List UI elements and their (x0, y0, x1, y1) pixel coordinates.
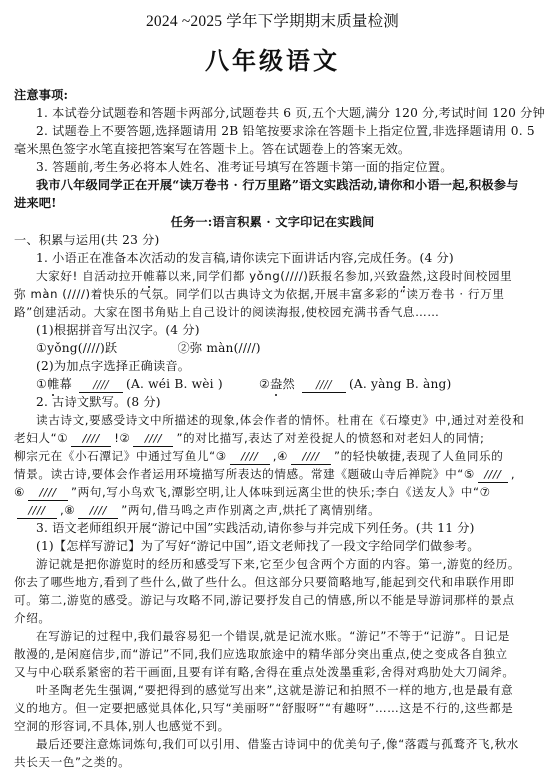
passage-text: 幕以来,同学们都 yǒng(////)跃报名参加,兴致 (155, 269, 398, 283)
section-heading: 一、积累与运用(共 23 分) (14, 232, 537, 249)
q2-prompt: 2. 古诗文默写。(8 分) (36, 394, 537, 411)
notice-item-1: 1. 本试卷分试题卷和答题卡两部分,试题卷共 6 页,五个大题,满分 120 分… (36, 105, 537, 122)
q1-sub2-answers: ①帷幕 ////(A. wéi B. wèi ) ②盎然 ////(A. yàn… (36, 376, 537, 393)
q3-passage-line: 介绍。 (14, 610, 537, 627)
item-word: 然 (282, 377, 294, 391)
answer-blank-3[interactable]: //// (230, 450, 270, 465)
q1-passage-line-1: 大家好! 自活动拉开帷幕以来,同学们都 yǒng(////)跃报名参加,兴致盎然… (36, 268, 537, 285)
q1-passage-line-2: 弥 màn (////)着快乐的气氛。同学们以古典诗文为依据,开展丰富多彩的“读… (14, 286, 537, 303)
intro-line-1: 我市八年级同学正在开展“读万卷书 · 行万里路”语文实践活动,请你和小语一起,积… (36, 177, 537, 194)
notice-item-2-cont: 毫米黑色签字水笔直接把答案写在答题卡上。答在试题卷上的答案无效。 (14, 141, 537, 158)
q2-line-5: ⑥////”两句,写小鸟欢飞,潭影空明,让人体味到远离尘世的快乐;李白《送友人》… (14, 484, 537, 501)
dotted-char: 盎 (398, 268, 410, 285)
q1-passage-line-3: 路”创建活动。大家在图书角贴上自己设计的阅读海报,使校园充满书香气息…… (14, 304, 537, 321)
q2-line-1: 读古诗文,要感受诗文中所描述的现象,体会作者的情怀。杜甫在《石壕吏》中,通过对差… (36, 412, 537, 429)
options: (A. yàng B. àng) (349, 377, 452, 391)
answer-blank-5[interactable]: //// (478, 468, 508, 483)
q2-line-2: 老妇人“①////!②////”的对比描写,表达了对差役捉人的愤怒和对老妇人的同… (14, 430, 537, 447)
q2-text: ”两句,写小鸟欢飞,潭影空明,让人体味到远离尘世的快乐;李白《送友人》中“⑦ (71, 485, 491, 499)
q3-sub1: (1)【怎样写游记】为了写好“游记中国”,语文老师找了一段文字给同学们做参考。 (36, 538, 537, 555)
q1-prompt: 1. 小语正在准备本次活动的发言稿,请你读完下面讲话内容,完成任务。(4 分) (36, 250, 537, 267)
intro-line-2: 进来吧! (14, 195, 537, 212)
q1-sub1: (1)根据拼音写出汉字。(4 分) (36, 322, 537, 339)
q1-sub1-item-b: ②弥 màn(////) (177, 341, 260, 355)
q3-passage-line: 叶圣陶老先生强调,“要把得到的感觉写出来”,这就是游记和拍照不一样的地方,也是最… (36, 682, 537, 699)
q2-text: ,④ (273, 449, 288, 463)
item-label: ② (259, 377, 270, 391)
q3-passage-line: 共长天一色”之类的。 (14, 754, 537, 771)
answer-blank-4[interactable]: //// (291, 450, 331, 465)
answer-blank-2[interactable]: //// (133, 432, 173, 447)
passage-text: 然,这段时间校园里 (410, 269, 512, 283)
q2-text: , (511, 467, 515, 481)
answer-blank[interactable]: //// (302, 378, 346, 393)
q1-sub1-item-a: ①yǒng(////)跃 (36, 341, 117, 355)
q2-text: ”的轻快敏捷,表现了人鱼同乐的 (334, 449, 503, 463)
item-label: ① (36, 377, 47, 391)
answer-blank-7[interactable]: //// (17, 504, 57, 519)
q2-text: 老妇人“① (14, 431, 68, 445)
subject-title: 八年级语文 (0, 47, 545, 75)
answer-blank-8[interactable]: //// (78, 504, 118, 519)
q3-passage-line: 义的地方。但一定要把感觉具体化,只写“美丽呀”“舒服呀”“有趣呀”……这是不行的… (14, 700, 537, 717)
q2-text: ”两句,借马鸣之声作别离之声,烘托了离情别绪。 (121, 503, 380, 517)
q3-passage-line: 散漫的,是闲庭信步,而“游记”不同,我们应选取旅途中的精华部分突出重点,使之变成… (14, 646, 537, 663)
options: (A. wéi B. wèi ) (126, 377, 223, 391)
q3-prompt: 3. 语文老师组织开展“游记中国”实践活动,请你参与并完成下列任务。(共 11 … (36, 520, 537, 537)
answer-blank-6[interactable]: //// (28, 486, 68, 501)
q1-sub2: (2)为加点字选择正确读音。 (36, 358, 537, 375)
q1-sub1-answers: ①yǒng(////)跃 ②弥 màn(////) (36, 340, 537, 357)
q3-passage-line: 游记就是把你游览时的经历和感受写下来,它至少包含两个方面的内容。第一,游览的经历… (36, 556, 537, 573)
q3-passage-line: 又与中心联系紧密的若干画面,且要有详有略,舍得在重点处泼墨重彩,舍得对鸡肋处大刀… (14, 664, 537, 681)
dotted-char: 帷 (143, 268, 155, 285)
q2-text: ⑥ (14, 485, 25, 499)
notice-heading: 注意事项: (14, 87, 537, 104)
q2-text: 柳宗元在《小石潭记》中通过写鱼儿“③ (14, 449, 227, 463)
task1-title: 任务一:语言积累 · 文字印记在实践间 (0, 214, 545, 231)
q2-text: 情景。读古诗,要体会作者运用环境描写所表达的情感。常建《题破山寺后禅院》中“⑤ (14, 467, 475, 481)
q3-passage-line: 最后还要注意炼词炼句,我们可以引用、借鉴古诗词中的优美句子,像“落霞与孤鹜齐飞,… (36, 736, 537, 753)
q3-passage-line: 在写游记的过程中,我们最容易犯一个错误,就是记流水账。“游记”不等于“记游”。日… (36, 628, 537, 645)
exam-title: 2024 ~2025 学年下学期期末质量检测 (0, 13, 545, 30)
answer-blank-1[interactable]: //// (71, 432, 111, 447)
notice-item-3: 3. 答题前,考生务必将本人姓名、准考证号填写在答题卡第一面的指定位置。 (36, 159, 537, 176)
q2-line-6: ////,⑧////”两句,借马鸣之声作别离之声,烘托了离情别绪。 (14, 502, 537, 519)
passage-text: 大家好! 自活动拉开 (36, 269, 143, 283)
q3-passage-line: 空洞的形容词,不具体,别人也感觉不到。 (14, 718, 537, 735)
answer-blank[interactable]: //// (79, 378, 123, 393)
q2-text: !② (114, 431, 130, 445)
q2-line-3: 柳宗元在《小石潭记》中通过写鱼儿“③////,④////”的轻快敏捷,表现了人鱼… (14, 448, 537, 465)
q3-passage-line: 你去了哪些地方,看到了些什么,做了些什么。但这部分只要简略地写,能起到交代和串联… (14, 574, 537, 591)
dotted-char: 盎 (270, 376, 282, 393)
item-word: 幕 (60, 377, 72, 391)
exam-page: 2024 ~2025 学年下学期期末质量检测 八年级语文 注意事项: 1. 本试… (0, 0, 545, 774)
q2-text: ,⑧ (60, 503, 75, 517)
dotted-char: 帷 (47, 376, 59, 393)
q2-text: ”的对比描写,表达了对差役捉人的愤怒和对老妇人的同情; (176, 431, 484, 445)
notice-item-2: 2. 试题卷上不要答题,选择题请用 2B 铅笔按要求涂在答题卡上指定位置,非选择… (36, 123, 537, 140)
q3-passage-line: 可。第二,游览的感受。游记与攻略不同,游记要抒发自己的情感,所以不能是导游词那样… (14, 592, 537, 609)
q2-line-4: 情景。读古诗,要体会作者运用环境描写所表达的情感。常建《题破山寺后禅院》中“⑤/… (14, 466, 537, 483)
